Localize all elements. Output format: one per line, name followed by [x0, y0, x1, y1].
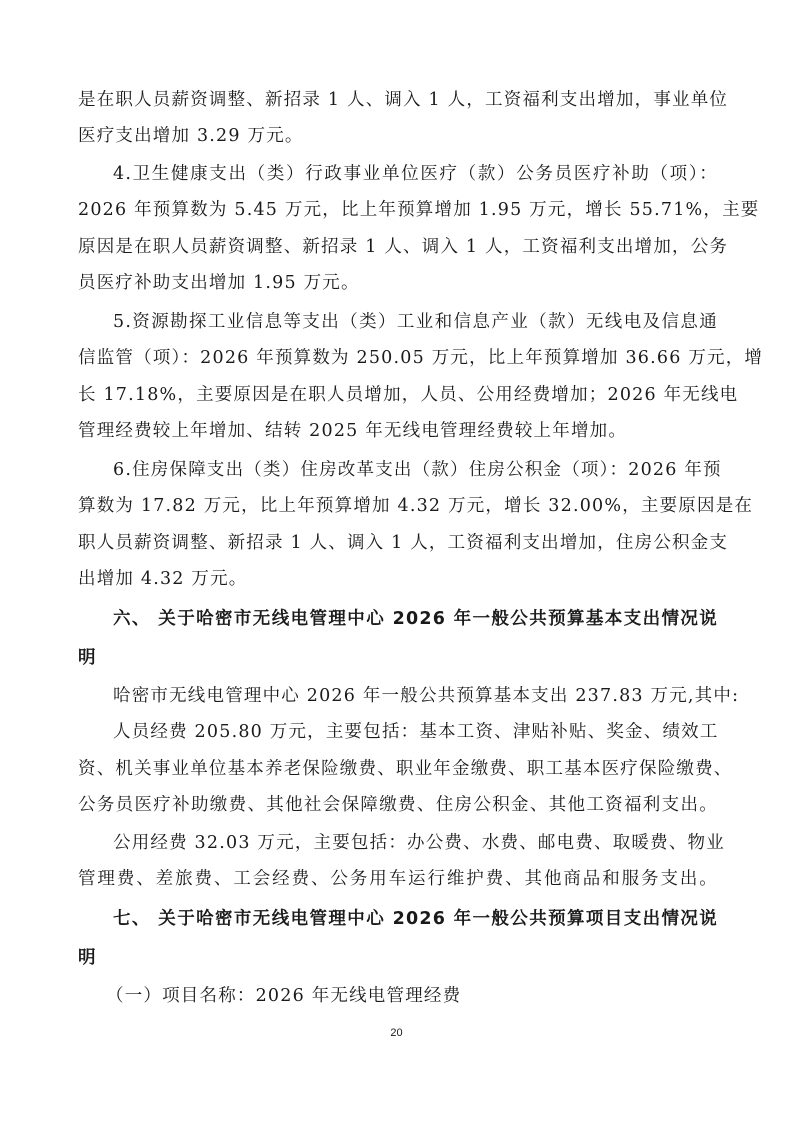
paragraph-line: 员医疗补助支出增加 1.95 万元。 [78, 271, 718, 295]
section-heading: 明 [78, 646, 718, 670]
document-page: 是在职人员薪资调整、新招录 1 人、调入 1 人，工资福利支出增加，事业单位 医… [0, 0, 793, 1122]
paragraph-line: 管理经费较上年增加、结转 2025 年无线电管理经费较上年增加。 [78, 419, 718, 443]
paragraph-line: 职人员薪资调整、新招录 1 人、调入 1 人，工资福利支出增加，住房公积金支 [78, 531, 718, 555]
paragraph-line: 4.卫生健康支出（类）行政事业单位医疗（款）公务员医疗补助（项）： [113, 162, 718, 186]
paragraph-line: 哈密市无线电管理中心 2026 年一般公共预算基本支出 237.83 万元,其中… [113, 684, 718, 708]
paragraph-line: 出增加 4.32 万元。 [78, 567, 718, 591]
section-heading: 明 [78, 946, 718, 970]
page-number: 20 [0, 1027, 793, 1039]
subsection-title: （一）项目名称：2026 年无线电管理经费 [106, 984, 711, 1008]
paragraph-line: 医疗支出增加 3.29 万元。 [78, 124, 718, 148]
paragraph-line: 公用经费 32.03 万元，主要包括：办公费、水费、邮电费、取暖费、物业 [113, 831, 718, 855]
paragraph-line: 长 17.18%，主要原因是在职人员增加，人员、公用经费增加；2026 年无线电 [78, 383, 718, 407]
paragraph-line: 算数为 17.82 万元，比上年预算增加 4.32 万元，增长 32.00%，主… [78, 494, 718, 518]
paragraph-line: 2026 年预算数为 5.45 万元，比上年预算增加 1.95 万元，增长 55… [78, 198, 718, 222]
paragraph-line: 5.资源勘探工业信息等支出（类）工业和信息产业（款）无线电及信息通 [113, 310, 718, 334]
paragraph-line: 资、机关事业单位基本养老保险缴费、职业年金缴费、职工基本医疗保险缴费、 [78, 757, 718, 781]
paragraph-line: 原因是在职人员薪资调整、新招录 1 人、调入 1 人，工资福利支出增加，公务 [78, 235, 718, 259]
paragraph-line: 信监管（项）：2026 年预算数为 250.05 万元，比上年预算增加 36.6… [78, 346, 718, 370]
paragraph-line: 是在职人员薪资调整、新招录 1 人、调入 1 人，工资福利支出增加，事业单位 [78, 88, 718, 112]
paragraph-line: 6.住房保障支出（类）住房改革支出（款）住房公积金（项）：2026 年预 [113, 458, 718, 482]
section-heading: 七、 关于哈密市无线电管理中心 2026 年一般公共预算项目支出情况说 [113, 907, 718, 931]
paragraph-line: 人员经费 205.80 万元，主要包括：基本工资、津贴补贴、奖金、绩效工 [113, 720, 718, 744]
paragraph-line: 公务员医疗补助缴费、其他社会保障缴费、住房公积金、其他工资福利支出。 [78, 793, 718, 817]
section-heading: 六、 关于哈密市无线电管理中心 2026 年一般公共预算基本支出情况说 [113, 607, 718, 631]
paragraph-line: 管理费、差旅费、工会经费、公务用车运行维护费、其他商品和服务支出。 [78, 867, 718, 891]
